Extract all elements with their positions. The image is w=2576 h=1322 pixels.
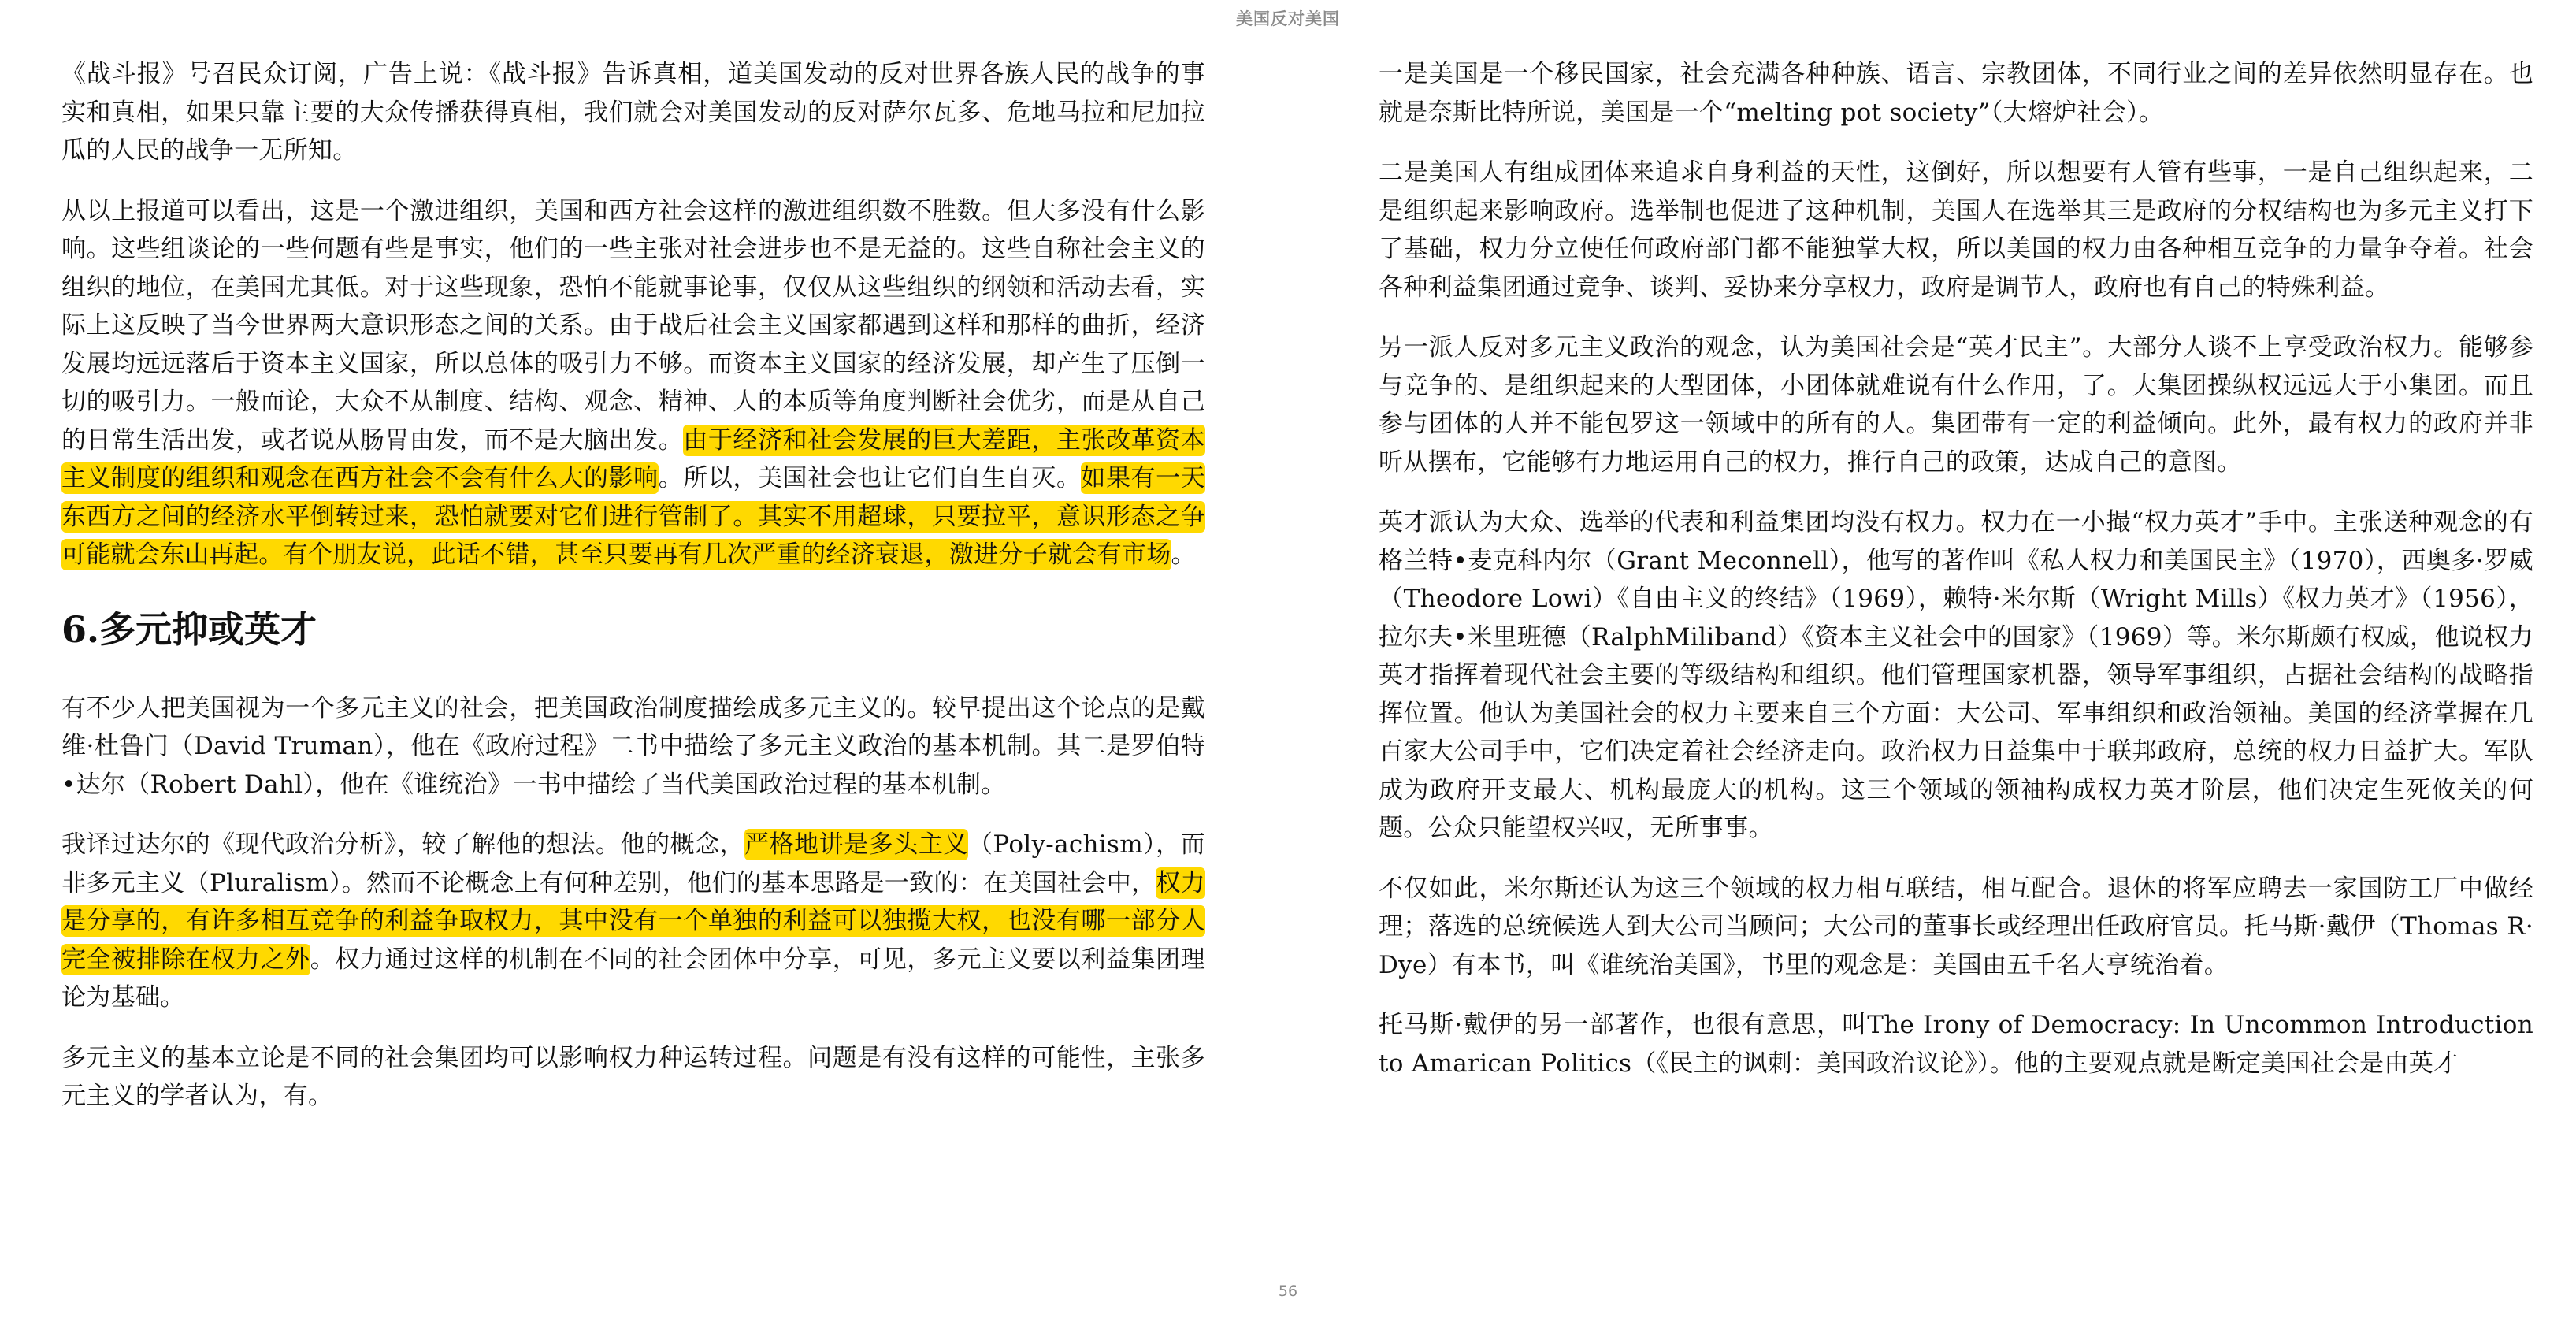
highlighted-text[interactable]: 严格地讲是多头主义 [744,829,968,860]
paragraph-text: 有不少人把美国视为一个多元主义的社会，把美国政治制度描绘成多元主义的。较早提出这… [61,694,1205,799]
page-number: 56 [0,1283,2576,1300]
paragraph-text: 我译过达尔的《现代政治分析》，较了解他的想法。他的概念， [61,830,744,859]
paragraph: 英才派认为大众、选举的代表和利益集团均没有权力。权力在一小撮“权力英才”手中。主… [1379,503,2533,848]
paragraph-text: 从以上报道可以看出，这是一个激进组织，美国和西方社会这样的激进组织数不胜数。但大… [61,197,1205,455]
paragraph: 有不少人把美国视为一个多元主义的社会，把美国政治制度描绘成多元主义的。较早提出这… [61,689,1205,804]
section-heading: 6.多元抑或英才 [61,606,1267,653]
left-page-column: 《战斗报》号召民众订阅，广告上说：《战斗报》告诉真相，道美国发动的反对世界各族人… [61,55,1267,1138]
paragraph: 不仅如此，米尔斯还认为这三个领域的权力相互联结，相互配合。退休的将军应聘去一家国… [1379,870,2533,985]
paragraph: 一是美国是一个移民国家，社会充满各种种族、语言、宗教团体，不同行业之间的差异依然… [1379,55,2533,132]
paragraph: 《战斗报》号召民众订阅，广告上说：《战斗报》告诉真相，道美国发动的反对世界各族人… [61,55,1205,170]
paragraph: 我译过达尔的《现代政治分析》，较了解他的想法。他的概念，严格地讲是多头主义（Po… [61,826,1205,1017]
paragraph: 另一派人反对多元主义政治的观念，认为美国社会是“英才民主”。大部分人谈不上享受政… [1379,329,2533,481]
paragraph-text: 多元主义的基本立论是不同的社会集团均可以影响权力种运转过程。问题是有没有这样的可… [61,1044,1205,1111]
right-page-column: 一是美国是一个移民国家，社会充满各种种族、语言、宗教团体，不同行业之间的差异依然… [1379,55,2537,1105]
paragraph-text: 。 [1171,540,1196,569]
paragraph-text: 。所以，美国社会也让它们自生自灭。 [659,464,1082,492]
paragraph: 从以上报道可以看出，这是一个激进组织，美国和西方社会这样的激进组织数不胜数。但大… [61,192,1205,574]
paragraph: 托马斯·戴伊的另一部著作，也很有意思，叫The Irony of Democra… [1379,1006,2533,1082]
paragraph-text: 《战斗报》号召民众订阅，广告上说：《战斗报》告诉真相，道美国发动的反对世界各族人… [61,60,1205,165]
paragraph: 多元主义的基本立论是不同的社会集团均可以影响权力种运转过程。问题是有没有这样的可… [61,1039,1205,1116]
paragraph: 二是美国人有组成团体来追求自身利益的天性，这倒好，所以想要有人管有些事，一是自己… [1379,154,2533,306]
book-title: 美国反对美国 [0,6,2576,30]
